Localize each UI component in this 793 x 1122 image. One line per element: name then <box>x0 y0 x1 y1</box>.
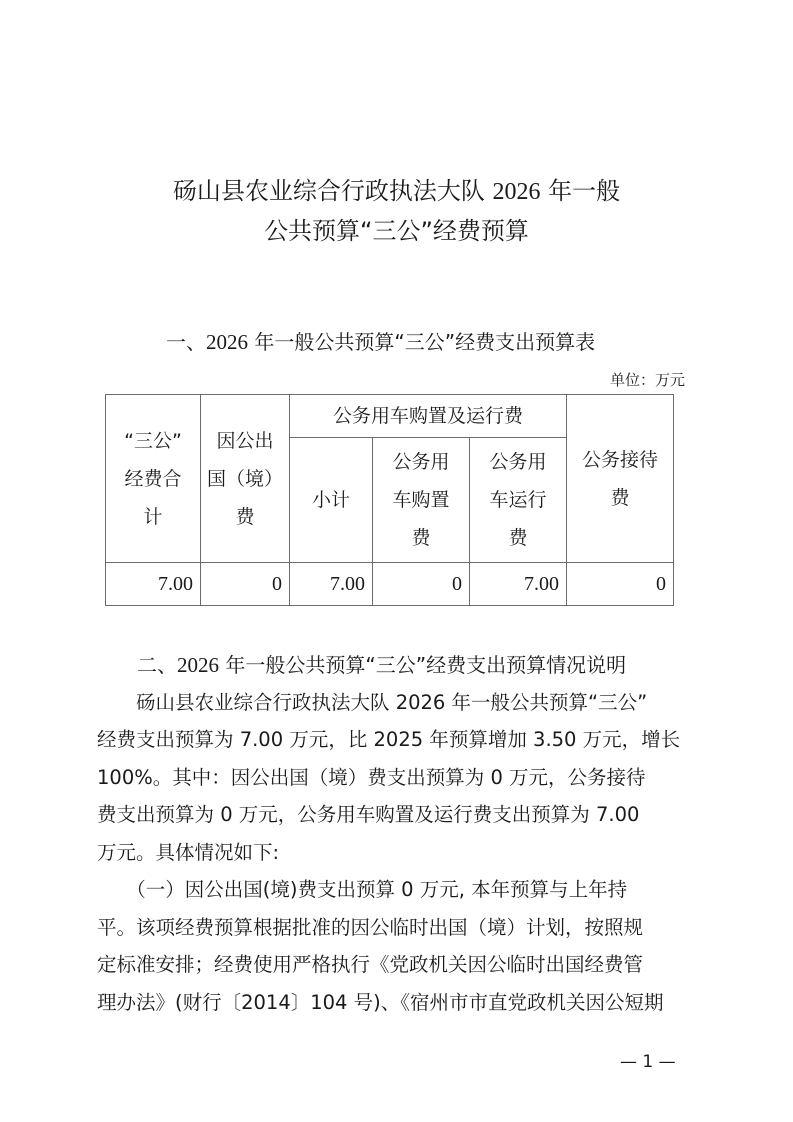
header-text: 经费合 <box>106 460 200 498</box>
header-reception: 公务接待 费 <box>567 395 674 563</box>
header-text: “三公” <box>106 422 200 460</box>
title-text: 砀山县农业综合行政执法大队 <box>173 177 493 205</box>
title-line-2: 公共预算“三公”经费预算 <box>0 211 793 251</box>
header-text: 车运行 <box>470 481 566 519</box>
cell-subtotal: 7.00 <box>290 563 373 606</box>
cell-reception: 0 <box>567 563 674 606</box>
header-text: 公务用 <box>373 443 469 481</box>
cell-total: 7.00 <box>106 563 201 606</box>
body-line: （一）因公出国(境)费支出预算 0 万元, 本年预算与上年持 <box>97 871 697 909</box>
header-vehicle-group: 公务用车购置及运行费 <box>290 395 567 438</box>
title-line-1: 砀山县农业综合行政执法大队 2026 年一般 <box>0 171 793 212</box>
title-text: 年一般 <box>541 177 621 205</box>
header-abroad: 因公出 国（境） 费 <box>201 395 290 563</box>
body-line: 费支出预算为 0 万元，公务用车购置及运行费支出预算为 7.00 <box>97 796 697 834</box>
body-line: 理办法》(财行〔2014〕104 号)、《宿州市市直党政机关因公短期 <box>97 984 697 1022</box>
page-number: — 1 — <box>620 1052 676 1072</box>
body-line: 砀山县农业综合行政执法大队 2026 年一般公共预算“三公” <box>97 684 697 722</box>
cell-abroad: 0 <box>201 563 290 606</box>
header-text: 费 <box>567 479 673 517</box>
header-text: 公务用 <box>470 443 566 481</box>
body-line: 定标准安排；经费使用严格执行《党政机关因公临时出国经费管 <box>97 946 697 984</box>
body-line: 万元。具体情况如下: <box>97 834 697 872</box>
header-text: 因公出 <box>201 422 289 460</box>
body-line: 平。该项经费预算根据批准的因公临时出国（境）计划，按照规 <box>97 909 697 947</box>
header-vehicle-purchase: 公务用 车购置 费 <box>373 438 470 563</box>
heading-text: 年一般公共预算“三公”经费支出预算表 <box>248 330 595 354</box>
cell-vehicle-operation: 7.00 <box>470 563 567 606</box>
body-line: 100%。其中：因公出国（境）费支出预算为 0 万元，公务接待 <box>97 759 697 797</box>
budget-table: “三公” 经费合 计 因公出 国（境） 费 公务用车购置及运行费 公务接待 费 … <box>105 394 674 606</box>
heading-year: 2026 <box>206 330 248 354</box>
unit-label: 单位：万元 <box>610 370 685 390</box>
header-text: 计 <box>106 498 200 536</box>
title-year: 2026 <box>493 179 541 205</box>
header-text: 车购置 <box>373 481 469 519</box>
header-text: 国（境） <box>201 460 289 498</box>
heading-prefix: 一、 <box>166 330 206 354</box>
header-text: 费 <box>373 519 469 557</box>
body-line: 经费支出预算为 7.00 万元，比 2025 年预算增加 3.50 万元，增长 <box>97 721 697 759</box>
header-text: 公务接待 <box>567 441 673 479</box>
header-vehicle-operation: 公务用 车运行 费 <box>470 438 567 563</box>
section-1-heading: 一、2026 年一般公共预算“三公”经费支出预算表 <box>166 328 595 356</box>
header-total: “三公” 经费合 计 <box>106 395 201 563</box>
cell-vehicle-purchase: 0 <box>373 563 470 606</box>
heading-prefix: 二、 <box>137 653 177 677</box>
header-subtotal: 小计 <box>290 438 373 563</box>
header-text: 费 <box>201 498 289 536</box>
heading-text: 年一般公共预算“三公”经费支出预算情况说明 <box>219 653 626 677</box>
table-row: 7.00 0 7.00 0 7.00 0 <box>106 563 674 606</box>
header-text: 费 <box>470 519 566 557</box>
section-2-heading: 二、2026 年一般公共预算“三公”经费支出预算情况说明 <box>137 651 626 679</box>
header-row-1: “三公” 经费合 计 因公出 国（境） 费 公务用车购置及运行费 公务接待 费 <box>106 395 674 438</box>
heading-year: 2026 <box>177 653 219 677</box>
